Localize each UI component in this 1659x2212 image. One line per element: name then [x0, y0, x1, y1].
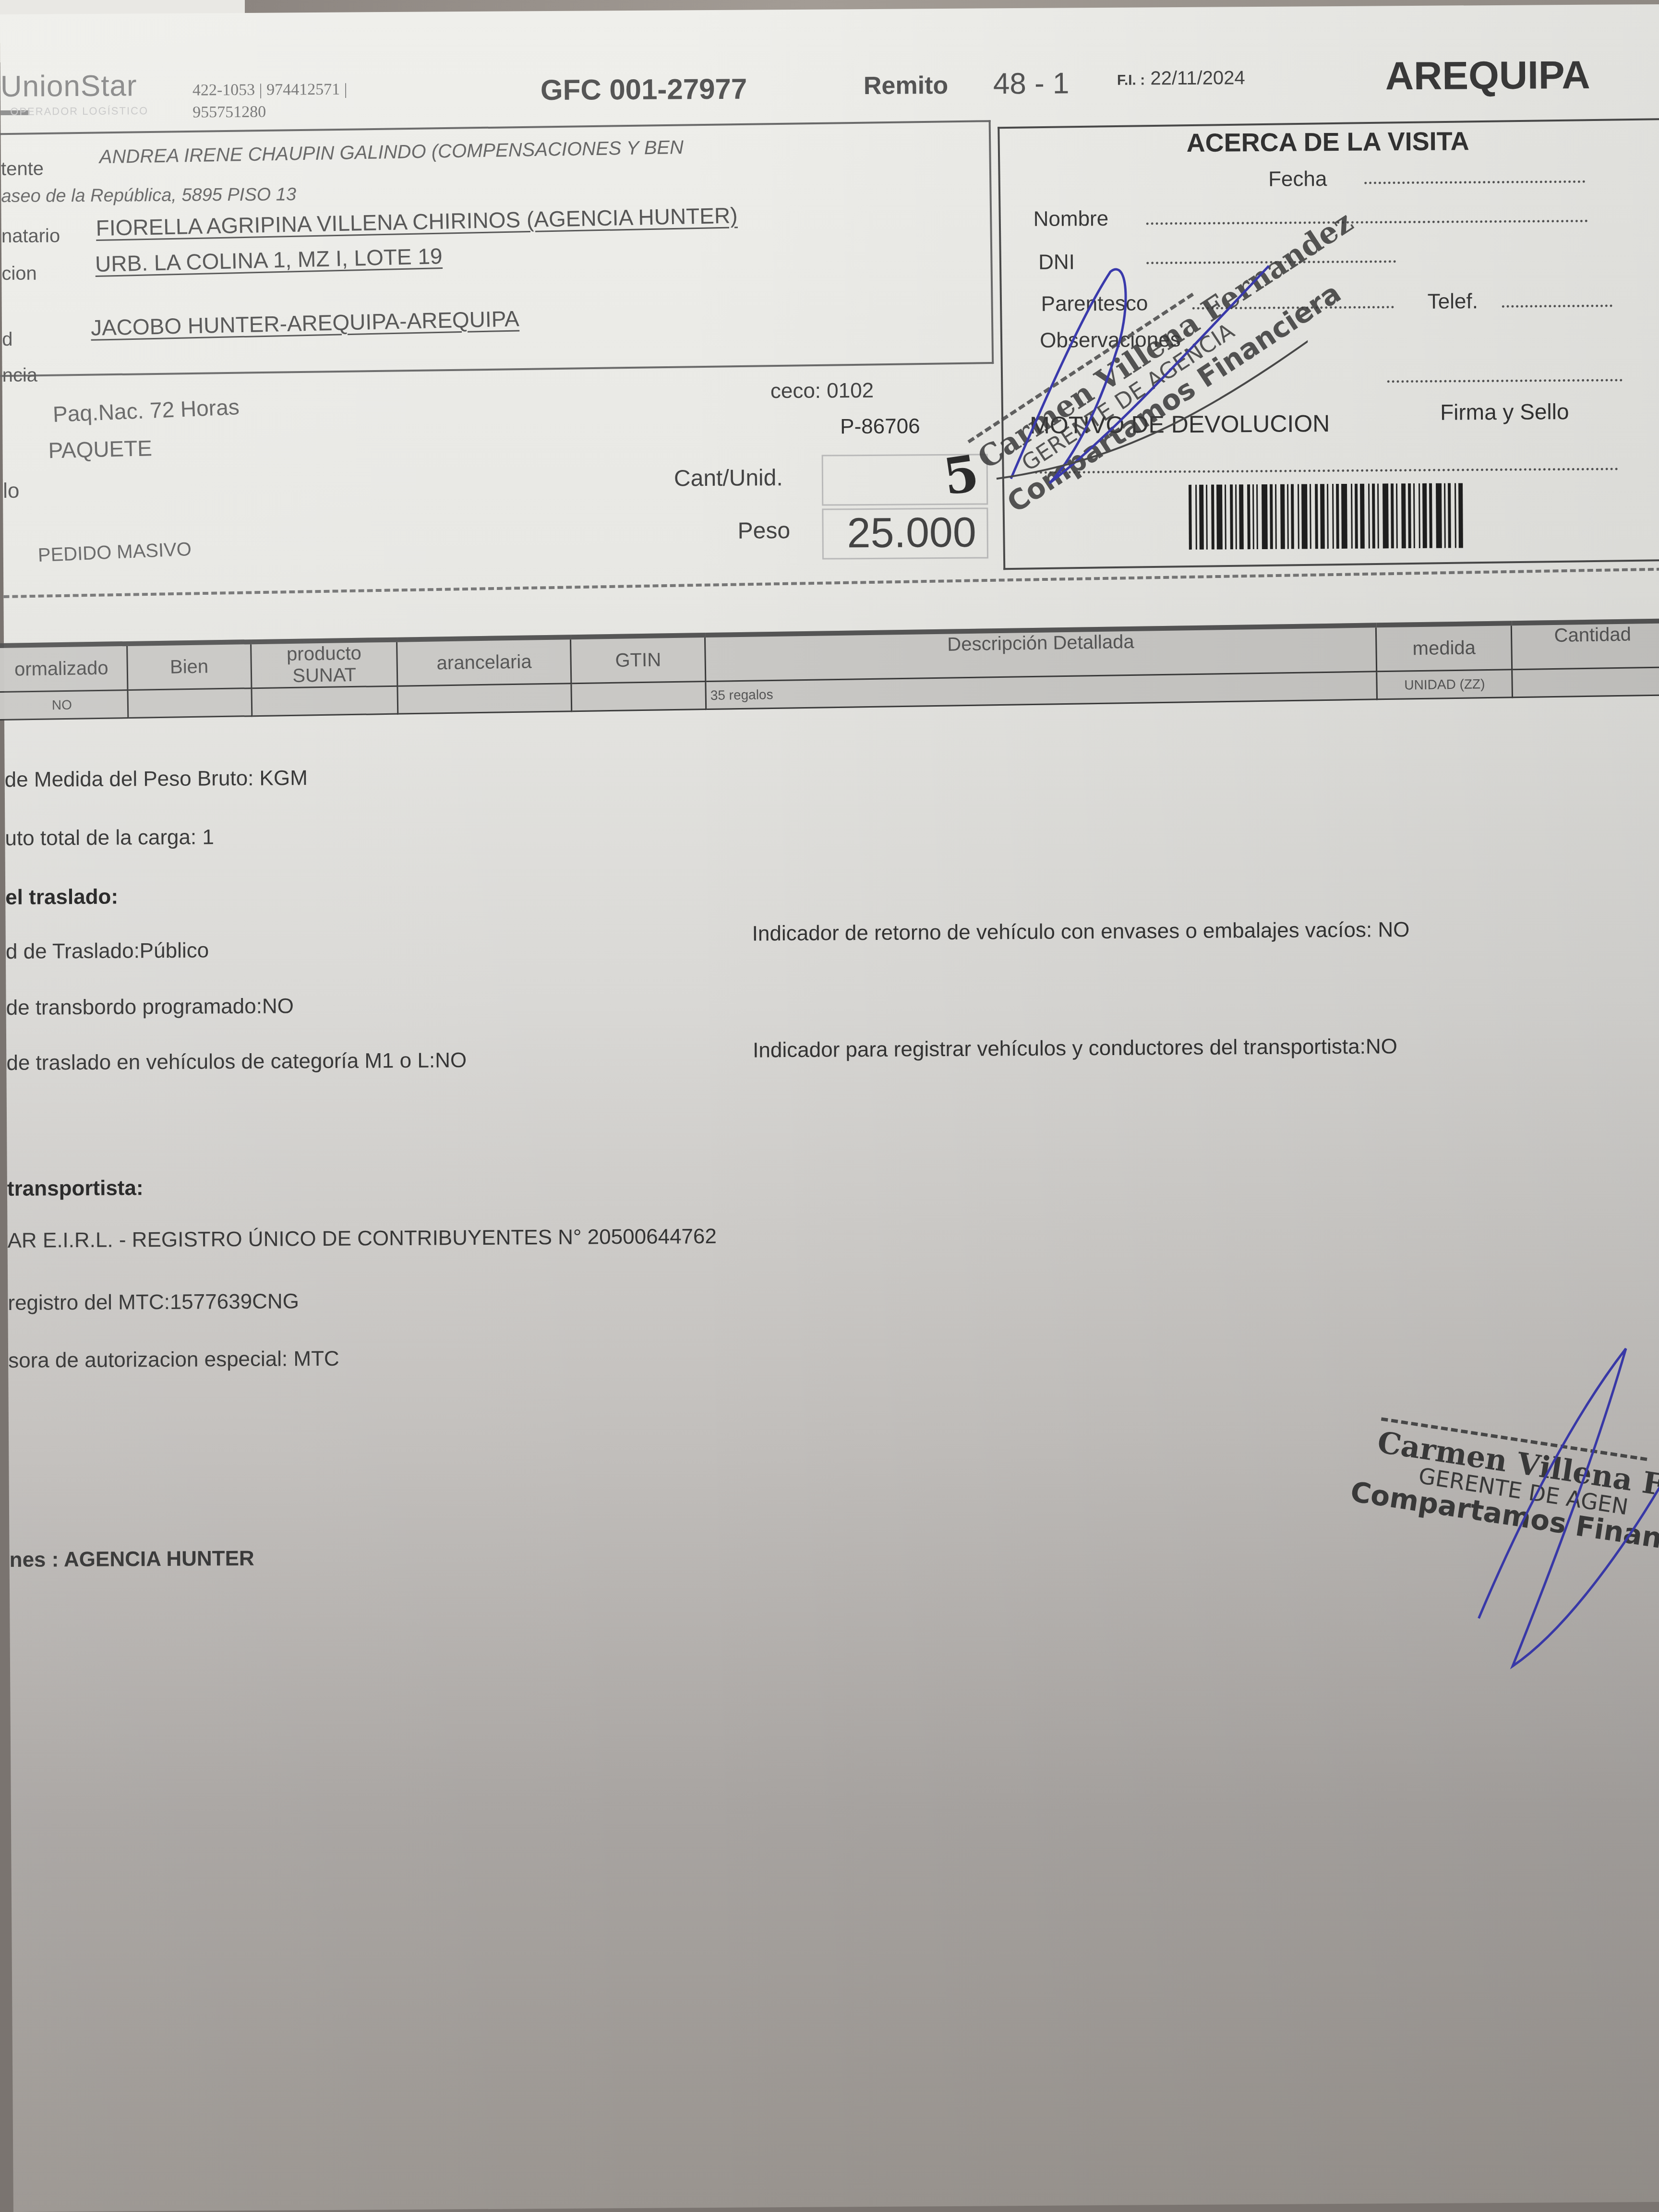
barcode-bar [1408, 483, 1411, 548]
barcode-bar [1230, 484, 1233, 549]
barcode-bar [1252, 484, 1254, 549]
barcode-bar [1444, 483, 1446, 548]
document-number: GFC 001-27977 [541, 72, 747, 107]
modalidad-line: d de Traslado:Público [6, 938, 209, 964]
localidad-label: d [2, 329, 13, 350]
barcode-bar [1332, 484, 1334, 549]
barcode-bar [1247, 484, 1250, 549]
barcode-bar [1455, 483, 1456, 548]
manager-stamp-bottom: Carmen Villena Ferr GERENTE DE AGEN Comp… [1368, 1417, 1659, 1560]
barcode-bar [1270, 484, 1273, 549]
barcode-bar [1310, 484, 1311, 549]
issue-date-label: F.I. : [1117, 72, 1145, 88]
tear-line [3, 568, 1659, 598]
cell-bien [128, 688, 252, 718]
goods-table: ormalizado Bien producto SUNAT arancelar… [0, 618, 1659, 721]
barcode-bar [1419, 483, 1420, 548]
cell-arancelaria [397, 684, 572, 714]
transbordo-line: de transbordo programado:NO [6, 994, 294, 1020]
cell-producto-sunat [252, 686, 398, 716]
barcode-bar [1320, 484, 1325, 549]
barcode-bar [1422, 483, 1427, 548]
barcode-bar [1239, 484, 1244, 549]
shipping-guide-sheet: UnionStar OPERADOR LOGÍSTICO 422-1053 | … [0, 4, 1659, 2212]
barcode-bar [1436, 483, 1442, 548]
remitente-label: tente [1, 158, 44, 180]
barcode-bar [1327, 484, 1329, 549]
barcode-bar [1351, 484, 1353, 549]
barcode-bar [1336, 484, 1339, 549]
product-code: P-86706 [840, 414, 920, 439]
visit-nombre-label: Nombre [1033, 207, 1108, 231]
categoria-line: de traslado en vehículos de categoría M1… [6, 1048, 467, 1075]
barcode-bar [1368, 484, 1370, 549]
visit-telef-label: Telef. [1428, 289, 1478, 314]
barcode-bar [1372, 484, 1375, 549]
cell-normalizado: NO [0, 690, 128, 720]
transportista-heading: transportista: [7, 1176, 144, 1201]
barcode-bar [1355, 484, 1358, 549]
mtc-line: registro del MTC:1577639CNG [8, 1289, 299, 1315]
barcode-bar [1275, 484, 1277, 549]
unidad-peso-line: de Medida del Peso Bruto: KGM [5, 766, 308, 792]
autorizacion-line: sora de autorizacion especial: MTC [8, 1347, 339, 1373]
cell-gtin [571, 682, 706, 711]
barcode-bar [1280, 484, 1285, 549]
barcode-bar [1448, 483, 1451, 548]
firma-sello-label: Firma y Sello [1440, 398, 1569, 425]
observaciones-line: nes : AGENCIA HUNTER [10, 1547, 254, 1572]
barcode-bar [1256, 484, 1258, 549]
barcode-bar [1391, 483, 1394, 548]
col-gtin: GTIN [571, 635, 706, 684]
remitente-address: aseo de la República, 5895 PISO 13 [1, 184, 296, 207]
barcode-bar [1211, 485, 1214, 550]
barcode-bar [1382, 483, 1389, 548]
barcode-bar [1413, 483, 1415, 548]
service-type: Paq.Nac. 72 Horas [52, 394, 240, 427]
barcode-bar [1287, 484, 1289, 549]
col-arancelaria: arancelaria [397, 637, 571, 686]
barcode-bar [1235, 484, 1237, 549]
barcode-bar [1206, 485, 1208, 550]
peso-total-line: uto total de la carga: 1 [5, 825, 214, 851]
cell-medida: UNIDAD (ZZ) [1377, 670, 1513, 699]
barcode-bar [1360, 484, 1365, 549]
col-producto-sunat: producto SUNAT [251, 640, 397, 688]
col-normalizado: ormalizado [0, 644, 128, 692]
barcode [1189, 482, 1544, 550]
barcode-bar [1195, 485, 1197, 550]
remito-label: Remito [864, 71, 949, 100]
company-phones: 422-1053 | 974412571 | 955751280 [192, 78, 414, 124]
remito-value: 48 - 1 [993, 66, 1070, 101]
barcode-bar [1225, 484, 1226, 549]
direccion-label: cion [1, 263, 37, 285]
barcode-bar [1216, 484, 1223, 549]
company-logo: UnionStar [0, 69, 137, 104]
visit-fecha-label: Fecha [1268, 167, 1327, 192]
registrar-line: Indicador para registrar vehículos y con… [753, 1034, 1397, 1062]
barcode-bar [1291, 484, 1294, 549]
ceco-code: ceco: 0102 [770, 379, 874, 403]
visit-parentesco-label: Parentesco [1041, 291, 1148, 316]
col-bien: Bien [127, 642, 251, 690]
col-cantidad: Cantidad [1511, 621, 1659, 670]
destinatario-label: natario [1, 225, 60, 247]
barcode-bar [1401, 483, 1406, 548]
company-tagline: OPERADOR LOGÍSTICO [10, 105, 148, 118]
contenido-label: lo [3, 479, 20, 503]
barcode-bar [1341, 484, 1347, 549]
issue-date: F.I. : 22/11/2024 [1117, 67, 1245, 90]
barcode-bar [1458, 483, 1463, 548]
visit-title: ACERCA DE LA VISITA [1186, 126, 1469, 158]
barcode-bar [1298, 484, 1299, 549]
barcode-bar [1301, 484, 1308, 549]
weight-value: 25.000 [847, 508, 976, 558]
barcode-bar [1315, 484, 1318, 549]
barcode-bar [1429, 483, 1432, 548]
observaciones-text: nes : AGENCIA HUNTER [10, 1547, 254, 1572]
quantity-label: Cant/Unid. [674, 465, 783, 492]
barcode-bar [1396, 483, 1398, 548]
weight-label: Peso [737, 517, 790, 544]
order-note: PEDIDO MASIVO [37, 539, 192, 566]
barcode-bar [1199, 485, 1204, 550]
col-medida: medida [1376, 623, 1512, 672]
package-type: PAQUETE [48, 435, 153, 463]
barcode-bar [1377, 483, 1379, 548]
ruc-line: AR E.I.R.L. - REGISTRO ÚNICO DE CONTRIBU… [7, 1225, 717, 1253]
destination-city: AREQUIPA [1385, 53, 1590, 99]
referencia-label: ncia [2, 365, 37, 386]
visit-dni-label: DNI [1038, 250, 1075, 274]
issue-date-value: 22/11/2024 [1150, 67, 1245, 89]
traslado-heading: el traslado: [5, 885, 118, 910]
barcode-bar [1262, 484, 1268, 549]
cell-cantidad: 5 [1512, 667, 1659, 697]
retorno-line: Indicador de retorno de vehículo con env… [752, 918, 1410, 946]
barcode-bar [1189, 485, 1192, 550]
